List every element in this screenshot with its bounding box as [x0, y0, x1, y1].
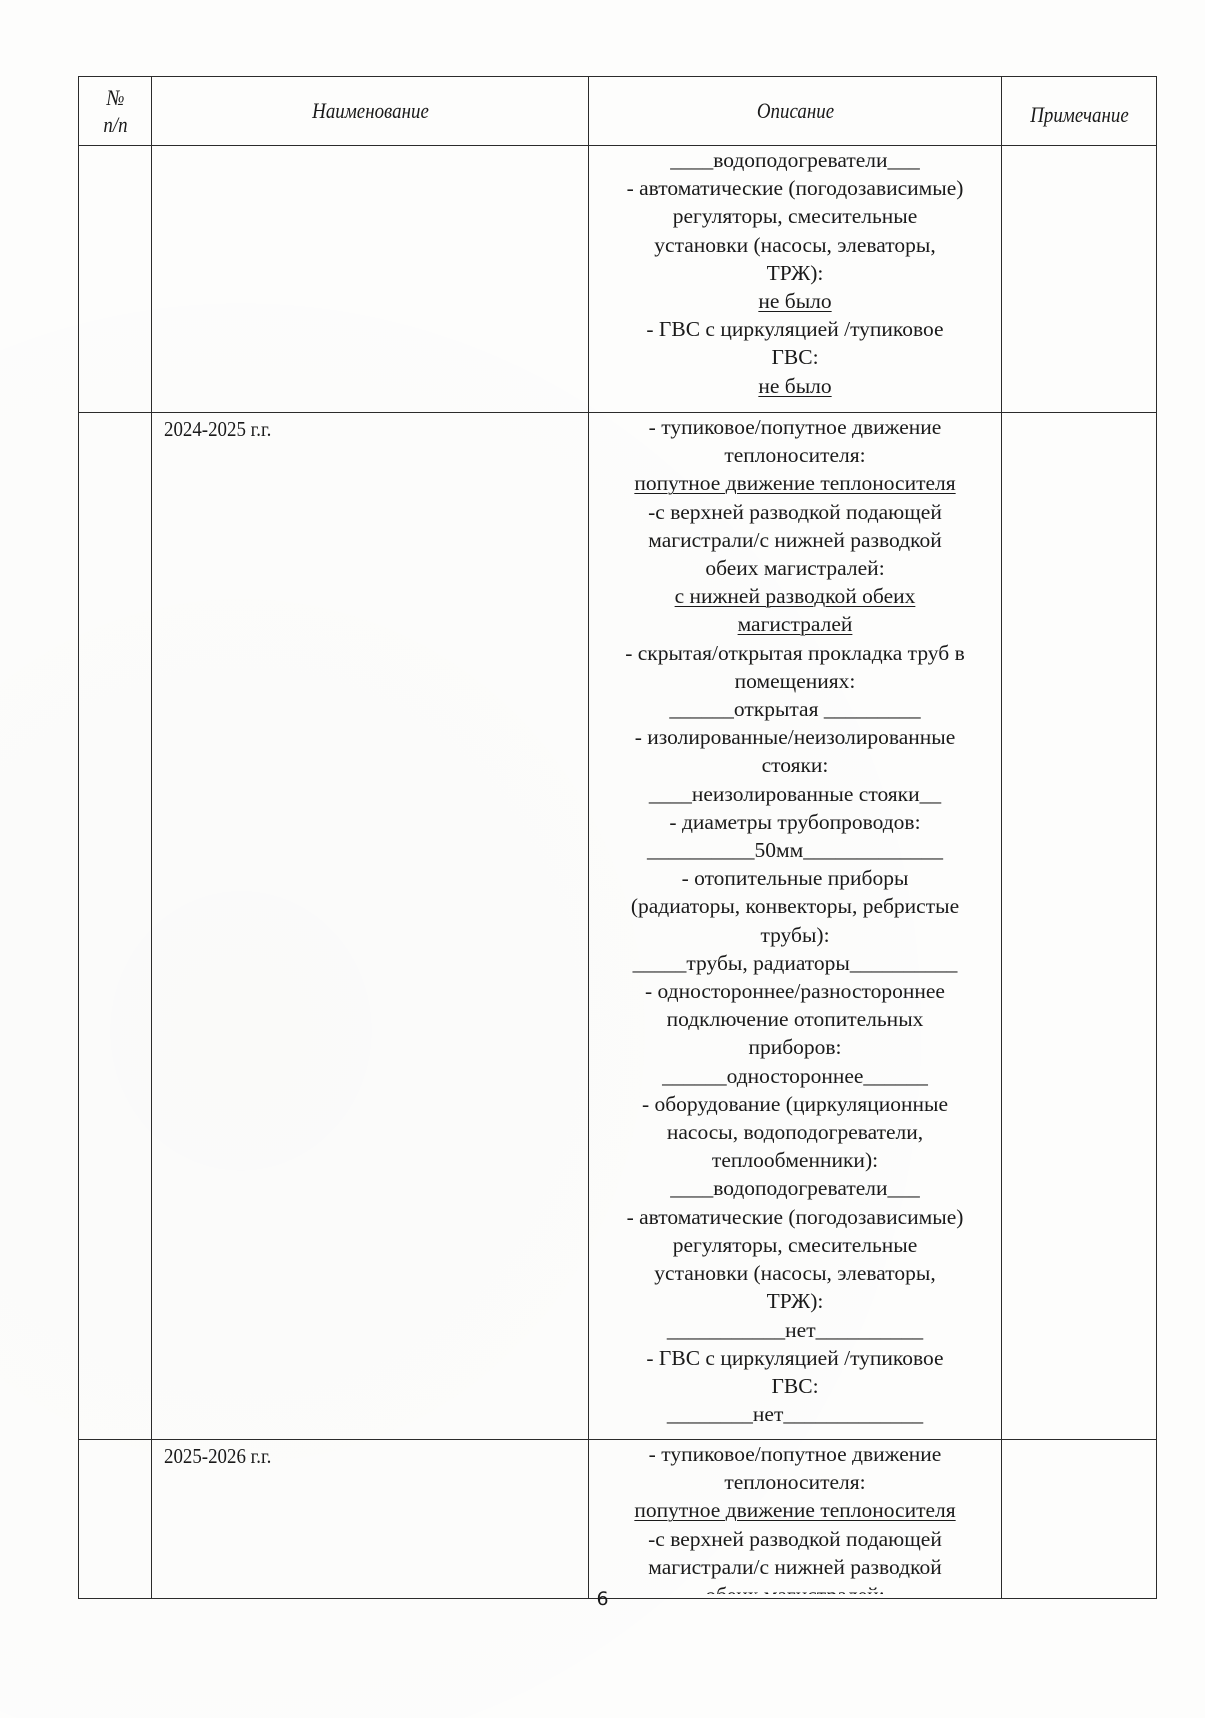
row-name-text: 2024-2025 г.г. — [164, 417, 271, 442]
description-value: не было — [591, 287, 999, 315]
row-name-cell — [152, 146, 589, 413]
description-line: ___________нет__________ — [591, 1316, 999, 1344]
description-line: трубы): — [591, 921, 999, 949]
table-row: 2025-2026 г.г. - тупиковое/попутное движ… — [79, 1440, 1157, 1599]
description-value: попутное движение теплоносителя — [591, 469, 999, 497]
description-line: теплоносителя: — [591, 441, 999, 469]
description-line: стояки: — [591, 751, 999, 779]
description-line: -с верхней разводкой подающей — [591, 1525, 999, 1553]
description-line: ТРЖ): — [591, 259, 999, 287]
description-line: помещениях: — [591, 667, 999, 695]
description-line: - изолированные/неизолированные — [591, 723, 999, 751]
description-line: магистрали/с нижней разводкой — [591, 526, 999, 554]
header-number-symbol: № — [106, 85, 124, 110]
description-line: - диаметры трубопроводов: — [591, 808, 999, 836]
description-line: установки (насосы, элеваторы, — [591, 1259, 999, 1287]
description-line: - автоматические (погодозависимые) — [591, 1203, 999, 1231]
row-description-cell: ____водоподогреватели___- автоматические… — [589, 146, 1002, 413]
description-line: ГВС: — [591, 1372, 999, 1400]
description-value: с нижней разводкой обеих — [591, 582, 999, 610]
description-line: -с верхней разводкой подающей — [591, 498, 999, 526]
header-number-abbrev: п/п — [103, 112, 127, 137]
description-line: обеих магистралей: — [591, 554, 999, 582]
description-line: - автоматические (погодозависимые) — [591, 174, 999, 202]
row-number-cell — [79, 1440, 152, 1599]
description-value: не было — [591, 372, 999, 400]
row-name-text: 2025-2026 г.г. — [164, 1444, 271, 1469]
row-description-cell: - тупиковое/попутное движениетеплоносите… — [589, 1440, 1002, 1599]
header-description: Описание — [617, 77, 972, 146]
table-body: ____водоподогреватели___- автоматические… — [79, 146, 1157, 1599]
header-name: Наименование — [182, 77, 558, 146]
description-line: - оборудование (циркуляционные — [591, 1090, 999, 1118]
description-line: - одностороннее/разностороннее — [591, 977, 999, 1005]
description-line: - ГВС с циркуляцией /тупиковое — [591, 1344, 999, 1372]
description-line: установки (насосы, элеваторы, — [591, 231, 999, 259]
table-row: 2024-2025 г.г. - тупиковое/попутное движ… — [79, 413, 1157, 1440]
description-line: ____водоподогреватели___ — [591, 146, 999, 174]
row-name-cell: 2024-2025 г.г. — [152, 413, 589, 1440]
row-note-cell — [1002, 1440, 1157, 1599]
row-note-cell — [1002, 146, 1157, 413]
description-line: регуляторы, смесительные — [591, 1231, 999, 1259]
page-number: 6 — [0, 1588, 1205, 1610]
description-line: ________нет_____________ — [591, 1400, 999, 1428]
description-value: магистралей — [591, 610, 999, 638]
description-line: ГВС: — [591, 343, 999, 371]
description-line: ______открытая _________ — [591, 695, 999, 723]
description-value: попутное движение теплоносителя — [591, 1496, 999, 1524]
description-line: ______одностороннее______ — [591, 1062, 999, 1090]
description-line: _____трубы, радиаторы__________ — [591, 949, 999, 977]
row-note-cell — [1002, 413, 1157, 1440]
table-header-row: № п/п Наименование Описание Примечание — [79, 77, 1157, 146]
row-number-cell — [79, 146, 152, 413]
description-line: __________50мм_____________ — [591, 836, 999, 864]
description-line: теплообменники): — [591, 1146, 999, 1174]
description-line: - скрытая/открытая прокладка труб в — [591, 639, 999, 667]
header-note: Примечание — [1012, 77, 1145, 146]
document-page: № п/п Наименование Описание Примечание _… — [0, 0, 1205, 1718]
description-line: - отопительные приборы — [591, 864, 999, 892]
description-line: приборов: — [591, 1033, 999, 1061]
description-line: насосы, водоподогреватели, — [591, 1118, 999, 1146]
table-row: ____водоподогреватели___- автоматические… — [79, 146, 1157, 413]
description-line: теплоносителя: — [591, 1468, 999, 1496]
description-line: - тупиковое/попутное движение — [591, 413, 999, 441]
description-line: ____водоподогреватели___ — [591, 1174, 999, 1202]
description-line: - тупиковое/попутное движение — [591, 1440, 999, 1468]
description-line: магистрали/с нижней разводкой — [591, 1553, 999, 1581]
row-name-cell: 2025-2026 г.г. — [152, 1440, 589, 1599]
description-line: - ГВС с циркуляцией /тупиковое — [591, 315, 999, 343]
heating-system-table: № п/п Наименование Описание Примечание _… — [78, 76, 1157, 1599]
description-line: ТРЖ): — [591, 1287, 999, 1315]
description-line: ____неизолированные стояки__ — [591, 780, 999, 808]
description-line: подключение отопительных — [591, 1005, 999, 1033]
description-line: (радиаторы, конвекторы, ребристые — [591, 892, 999, 920]
header-number: № п/п — [84, 77, 147, 146]
row-description-cell: - тупиковое/попутное движениетеплоносите… — [589, 413, 1002, 1440]
description-line: регуляторы, смесительные — [591, 202, 999, 230]
row-number-cell — [79, 413, 152, 1440]
